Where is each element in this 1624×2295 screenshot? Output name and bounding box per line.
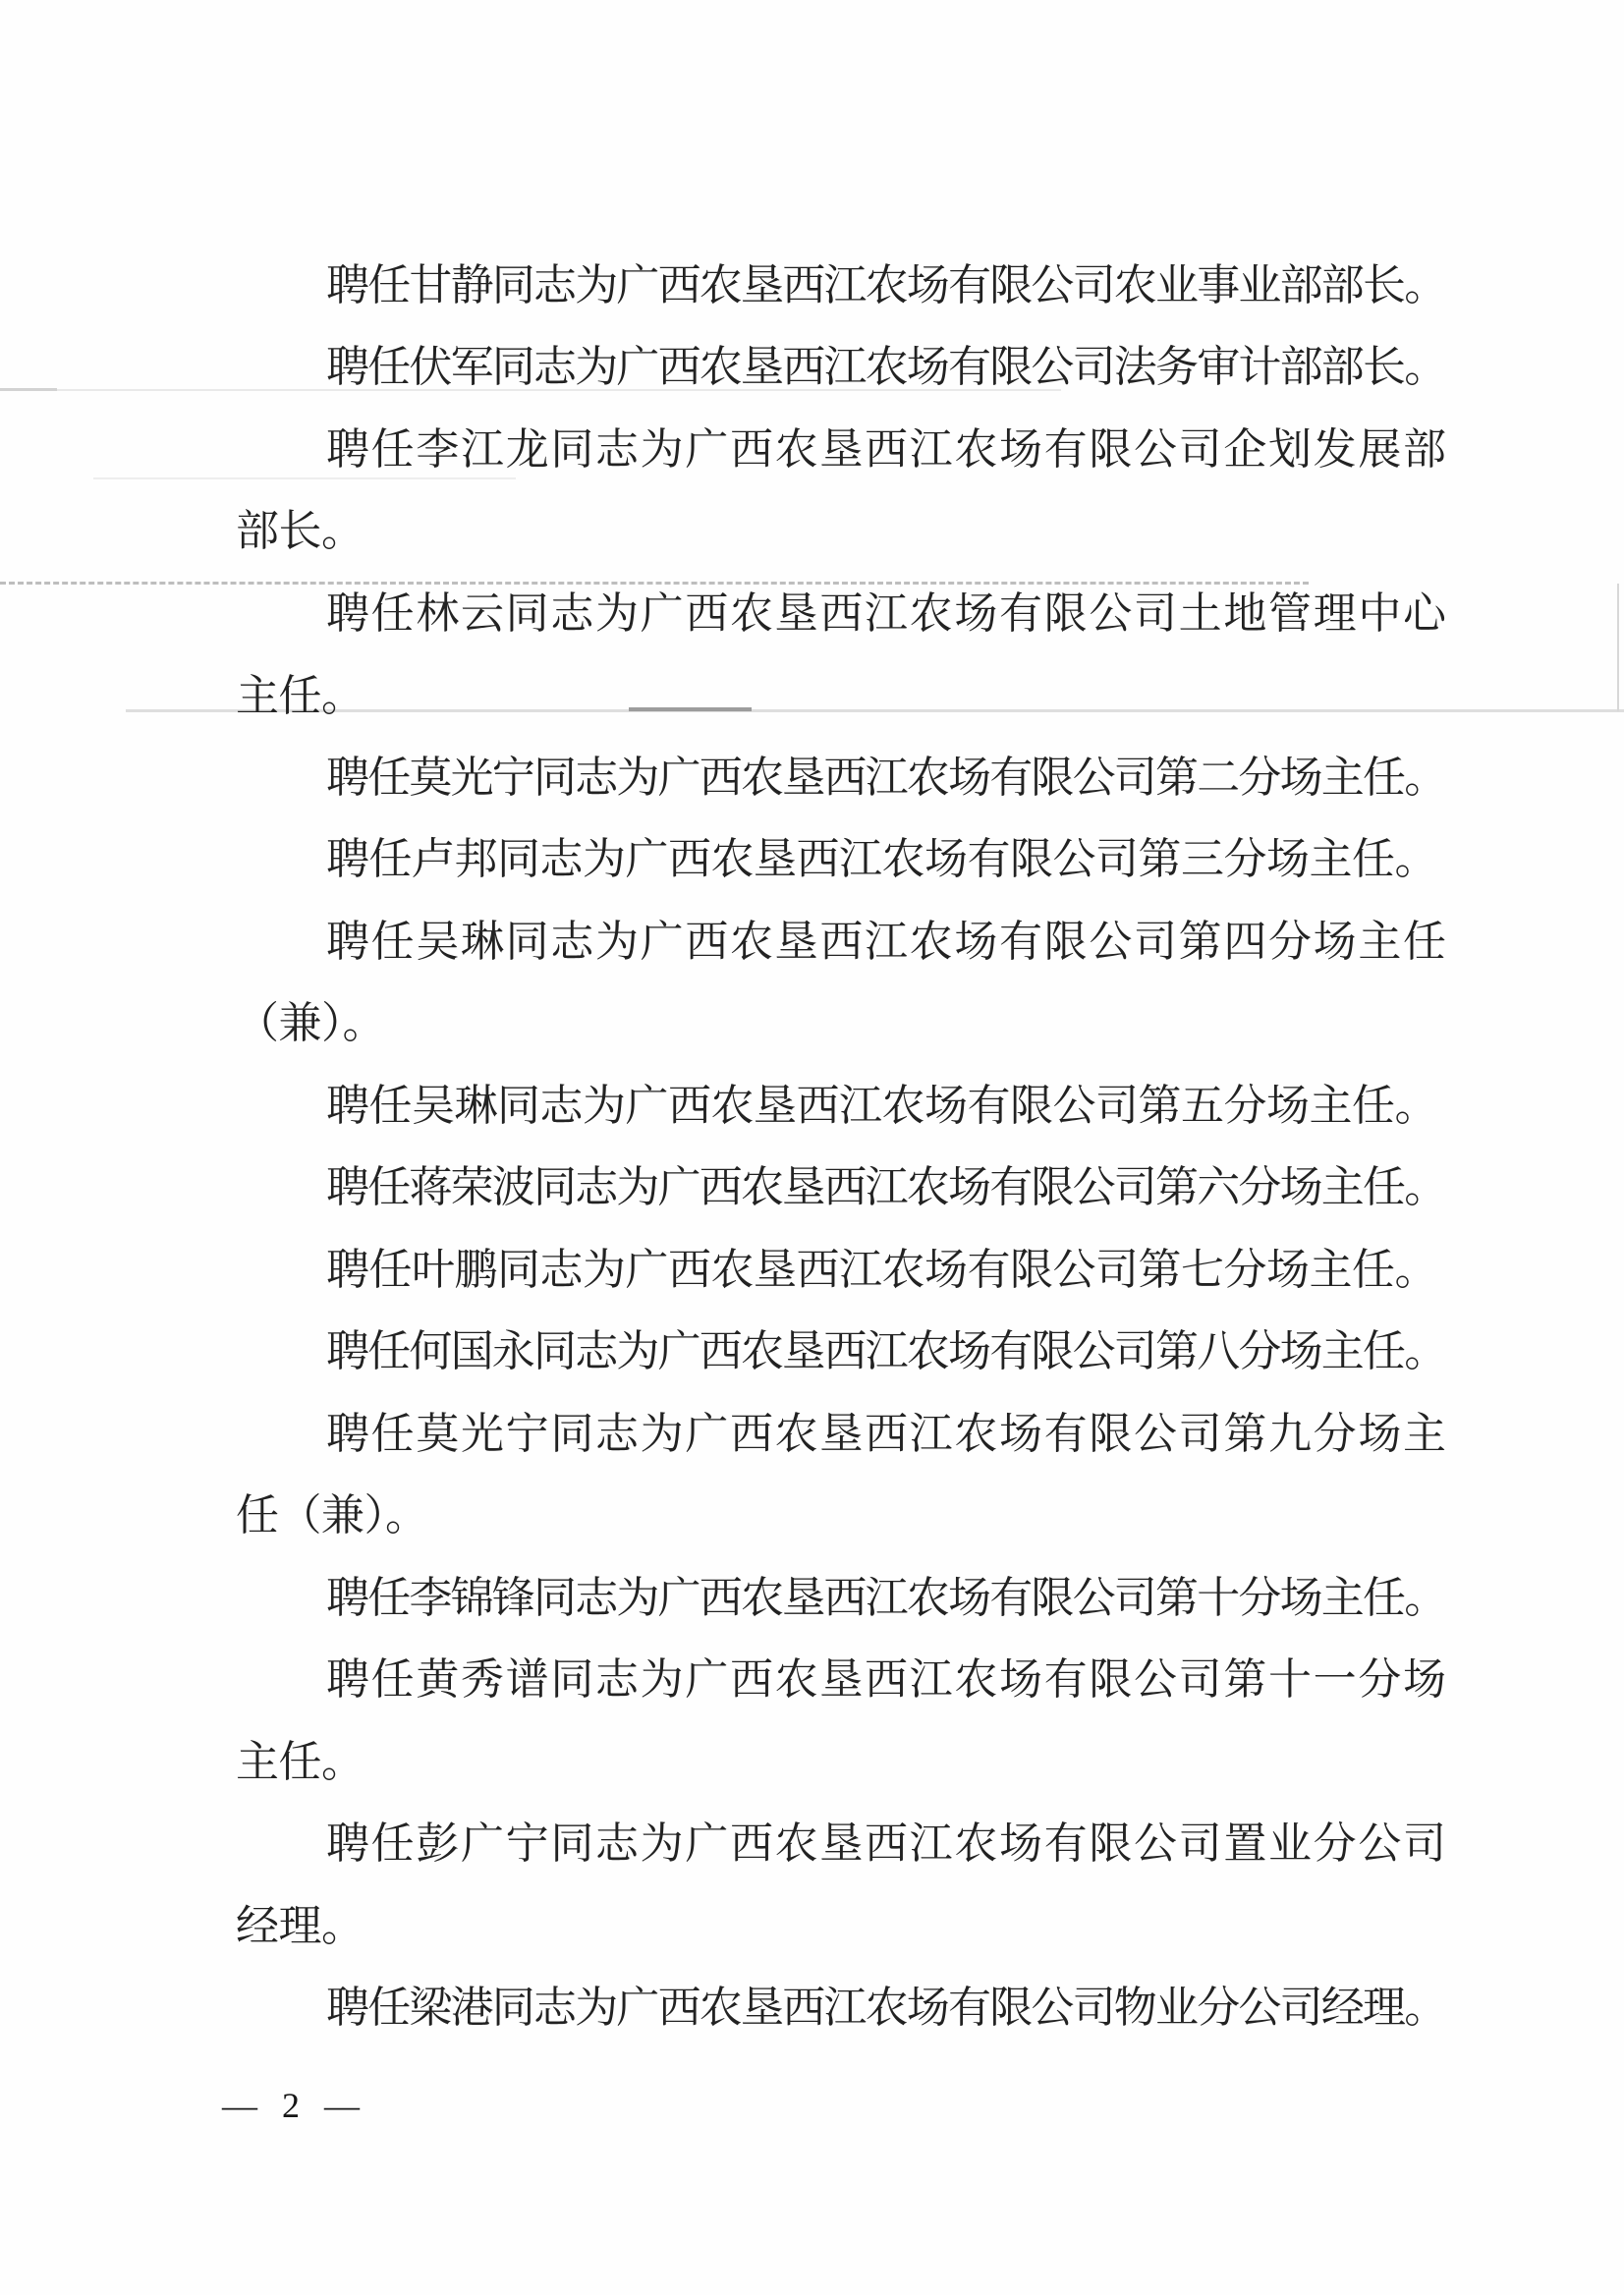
doc-line: 聘任彭广宁同志为广西农垦西江农场有限公司置业分公司	[236, 1816, 1446, 1876]
doc-line: 主任。	[236, 668, 1446, 729]
doc-line: 聘任林云同志为广西农垦西江农场有限公司土地管理中心	[236, 586, 1446, 646]
doc-line: 聘任甘静同志为广西农垦西江农场有限公司农业事业部部长。	[236, 257, 1446, 318]
scan-artifact-edge-line	[1617, 584, 1619, 711]
doc-line: 经理。	[236, 1898, 1446, 1959]
scan-artifact-streak	[0, 388, 57, 391]
doc-line: 主任。	[236, 1734, 1446, 1795]
doc-line: 聘任莫光宁同志为广西农垦西江农场有限公司第二分场主任。	[236, 750, 1446, 811]
scanned-document-page: 聘任甘静同志为广西农垦西江农场有限公司农业事业部部长。 聘任伏军同志为广西农垦西…	[0, 0, 1624, 2295]
doc-line: 聘任梁港同志为广西农垦西江农场有限公司物业分公司经理。	[236, 1980, 1446, 2041]
doc-line: 聘任李锦锋同志为广西农垦西江农场有限公司第十分场主任。	[236, 1570, 1446, 1631]
doc-line: 聘任叶鹏同志为广西农垦西江农场有限公司第七分场主任。	[236, 1242, 1446, 1303]
page-number: — 2 —	[222, 2085, 367, 2126]
doc-line: 聘任吴琳同志为广西农垦西江农场有限公司第五分场主任。	[236, 1078, 1446, 1139]
doc-line: （兼）。	[236, 995, 1446, 1056]
doc-line: 任（兼）。	[236, 1487, 1446, 1548]
doc-line: 聘任卢邦同志为广西农垦西江农场有限公司第三分场主任。	[236, 831, 1446, 892]
scan-artifact-dashed-line	[0, 582, 1309, 585]
doc-line: 聘任吴琳同志为广西农垦西江农场有限公司第四分场主任	[236, 914, 1446, 975]
doc-line: 聘任黄秀谱同志为广西农垦西江农场有限公司第十一分场	[236, 1651, 1446, 1712]
doc-line: 聘任莫光宁同志为广西农垦西江农场有限公司第九分场主	[236, 1406, 1446, 1467]
doc-line: 聘任伏军同志为广西农垦西江农场有限公司法务审计部部长。	[236, 339, 1446, 400]
doc-line: 聘任何国永同志为广西农垦西江农场有限公司第八分场主任。	[236, 1323, 1446, 1384]
doc-line: 聘任李江龙同志为广西农垦西江农场有限公司企划发展部	[236, 421, 1446, 482]
document-page: { "doc": { "page_number_label": "— 2 —",…	[0, 0, 1624, 2295]
doc-line: 聘任蒋荣波同志为广西农垦西江农场有限公司第六分场主任。	[236, 1159, 1446, 1220]
doc-line: 部长。	[236, 503, 1446, 564]
